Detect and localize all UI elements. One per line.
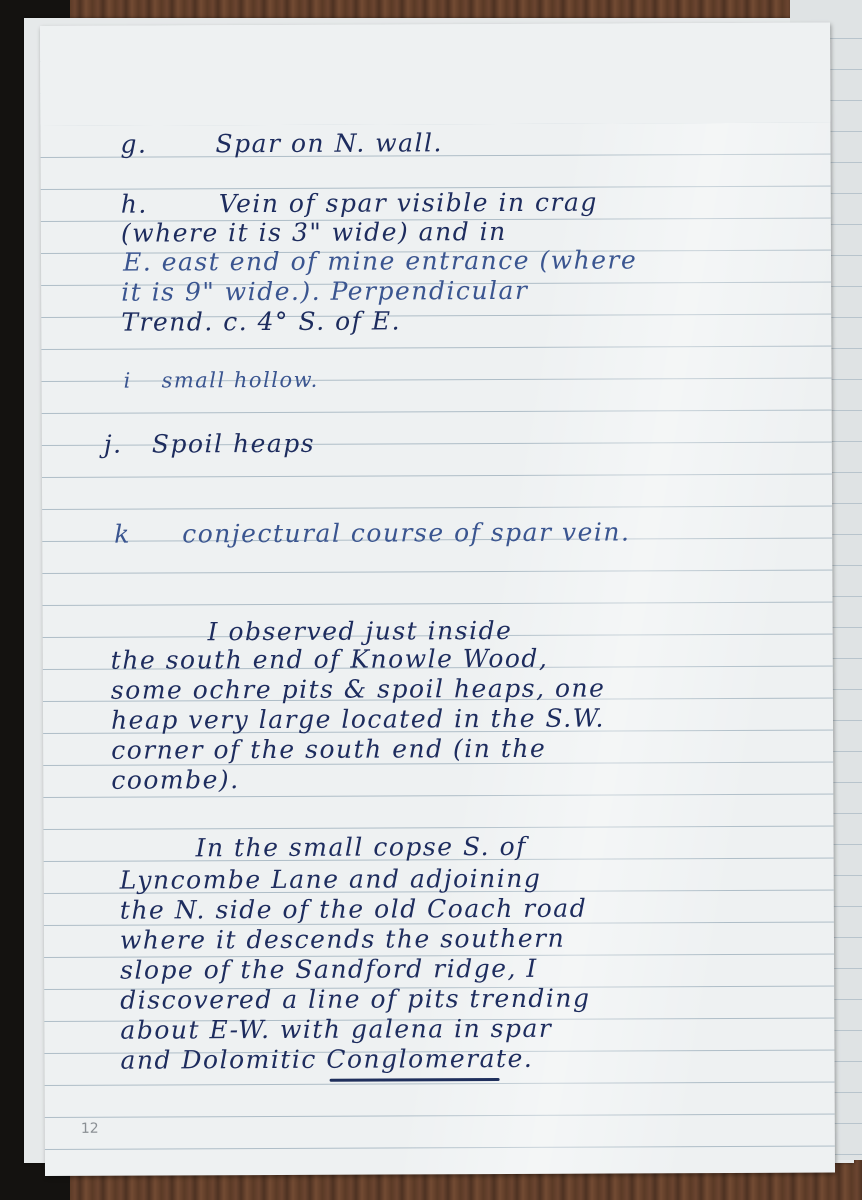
para1-line-3: some ochre pits & spoil heaps, one bbox=[111, 674, 606, 706]
item-label-h: h. bbox=[121, 190, 148, 220]
para1-line-2: the south end of Knowle Wood, bbox=[111, 644, 549, 676]
para2-line-2: Lyncombe Lane and adjoining bbox=[120, 864, 542, 896]
notebook-page: g. Spar on N. wall. h. Vein of spar visi… bbox=[40, 23, 835, 1176]
item-j-line-1: Spoil heaps bbox=[152, 429, 315, 460]
handwritten-notes: g. Spar on N. wall. h. Vein of spar visi… bbox=[40, 23, 835, 1176]
item-label-k: k bbox=[114, 520, 131, 550]
para2-line-1: In the small copse S. of bbox=[196, 832, 527, 863]
para1-line-1: I observed just inside bbox=[208, 616, 513, 647]
item-label-g: g. bbox=[120, 130, 147, 160]
item-h-line-1: Vein of spar visible in crag bbox=[219, 188, 598, 220]
item-h-line-4: it is 9" wide.). Perpendicular bbox=[121, 276, 528, 308]
item-k-line-1: conjectural course of spar vein. bbox=[182, 517, 630, 549]
item-h-line-3: E. east end of mine entrance (where bbox=[123, 245, 637, 277]
para2-line-4: where it descends the southern bbox=[120, 924, 565, 956]
item-h-line-2: (where it is 3" wide) and in bbox=[121, 217, 507, 249]
item-g-line-1: Spar on N. wall. bbox=[215, 128, 443, 159]
para1-line-4: heap very large located in the S.W. bbox=[111, 704, 605, 736]
para1-line-6: coombe). bbox=[111, 765, 239, 796]
para2-line-3: the N. side of the old Coach road bbox=[120, 894, 587, 926]
item-label-i: i bbox=[123, 366, 131, 396]
item-h-line-5: Trend. c. 4° S. of E. bbox=[121, 306, 401, 337]
para1-line-5: corner of the south end (in the bbox=[111, 734, 546, 766]
para2-line-8: and Dolomitic Conglomerate. bbox=[120, 1044, 533, 1076]
end-of-entry-rule bbox=[330, 1078, 500, 1082]
page-number: 12 bbox=[81, 1121, 99, 1137]
para2-line-7: about E-W. with galena in spar bbox=[120, 1014, 552, 1046]
para2-line-6: discovered a line of pits trending bbox=[120, 984, 590, 1016]
para2-line-5: slope of the Sandford ridge, I bbox=[120, 954, 538, 986]
item-label-j: j. bbox=[104, 430, 123, 460]
item-i-line-1: small hollow. bbox=[161, 365, 318, 396]
